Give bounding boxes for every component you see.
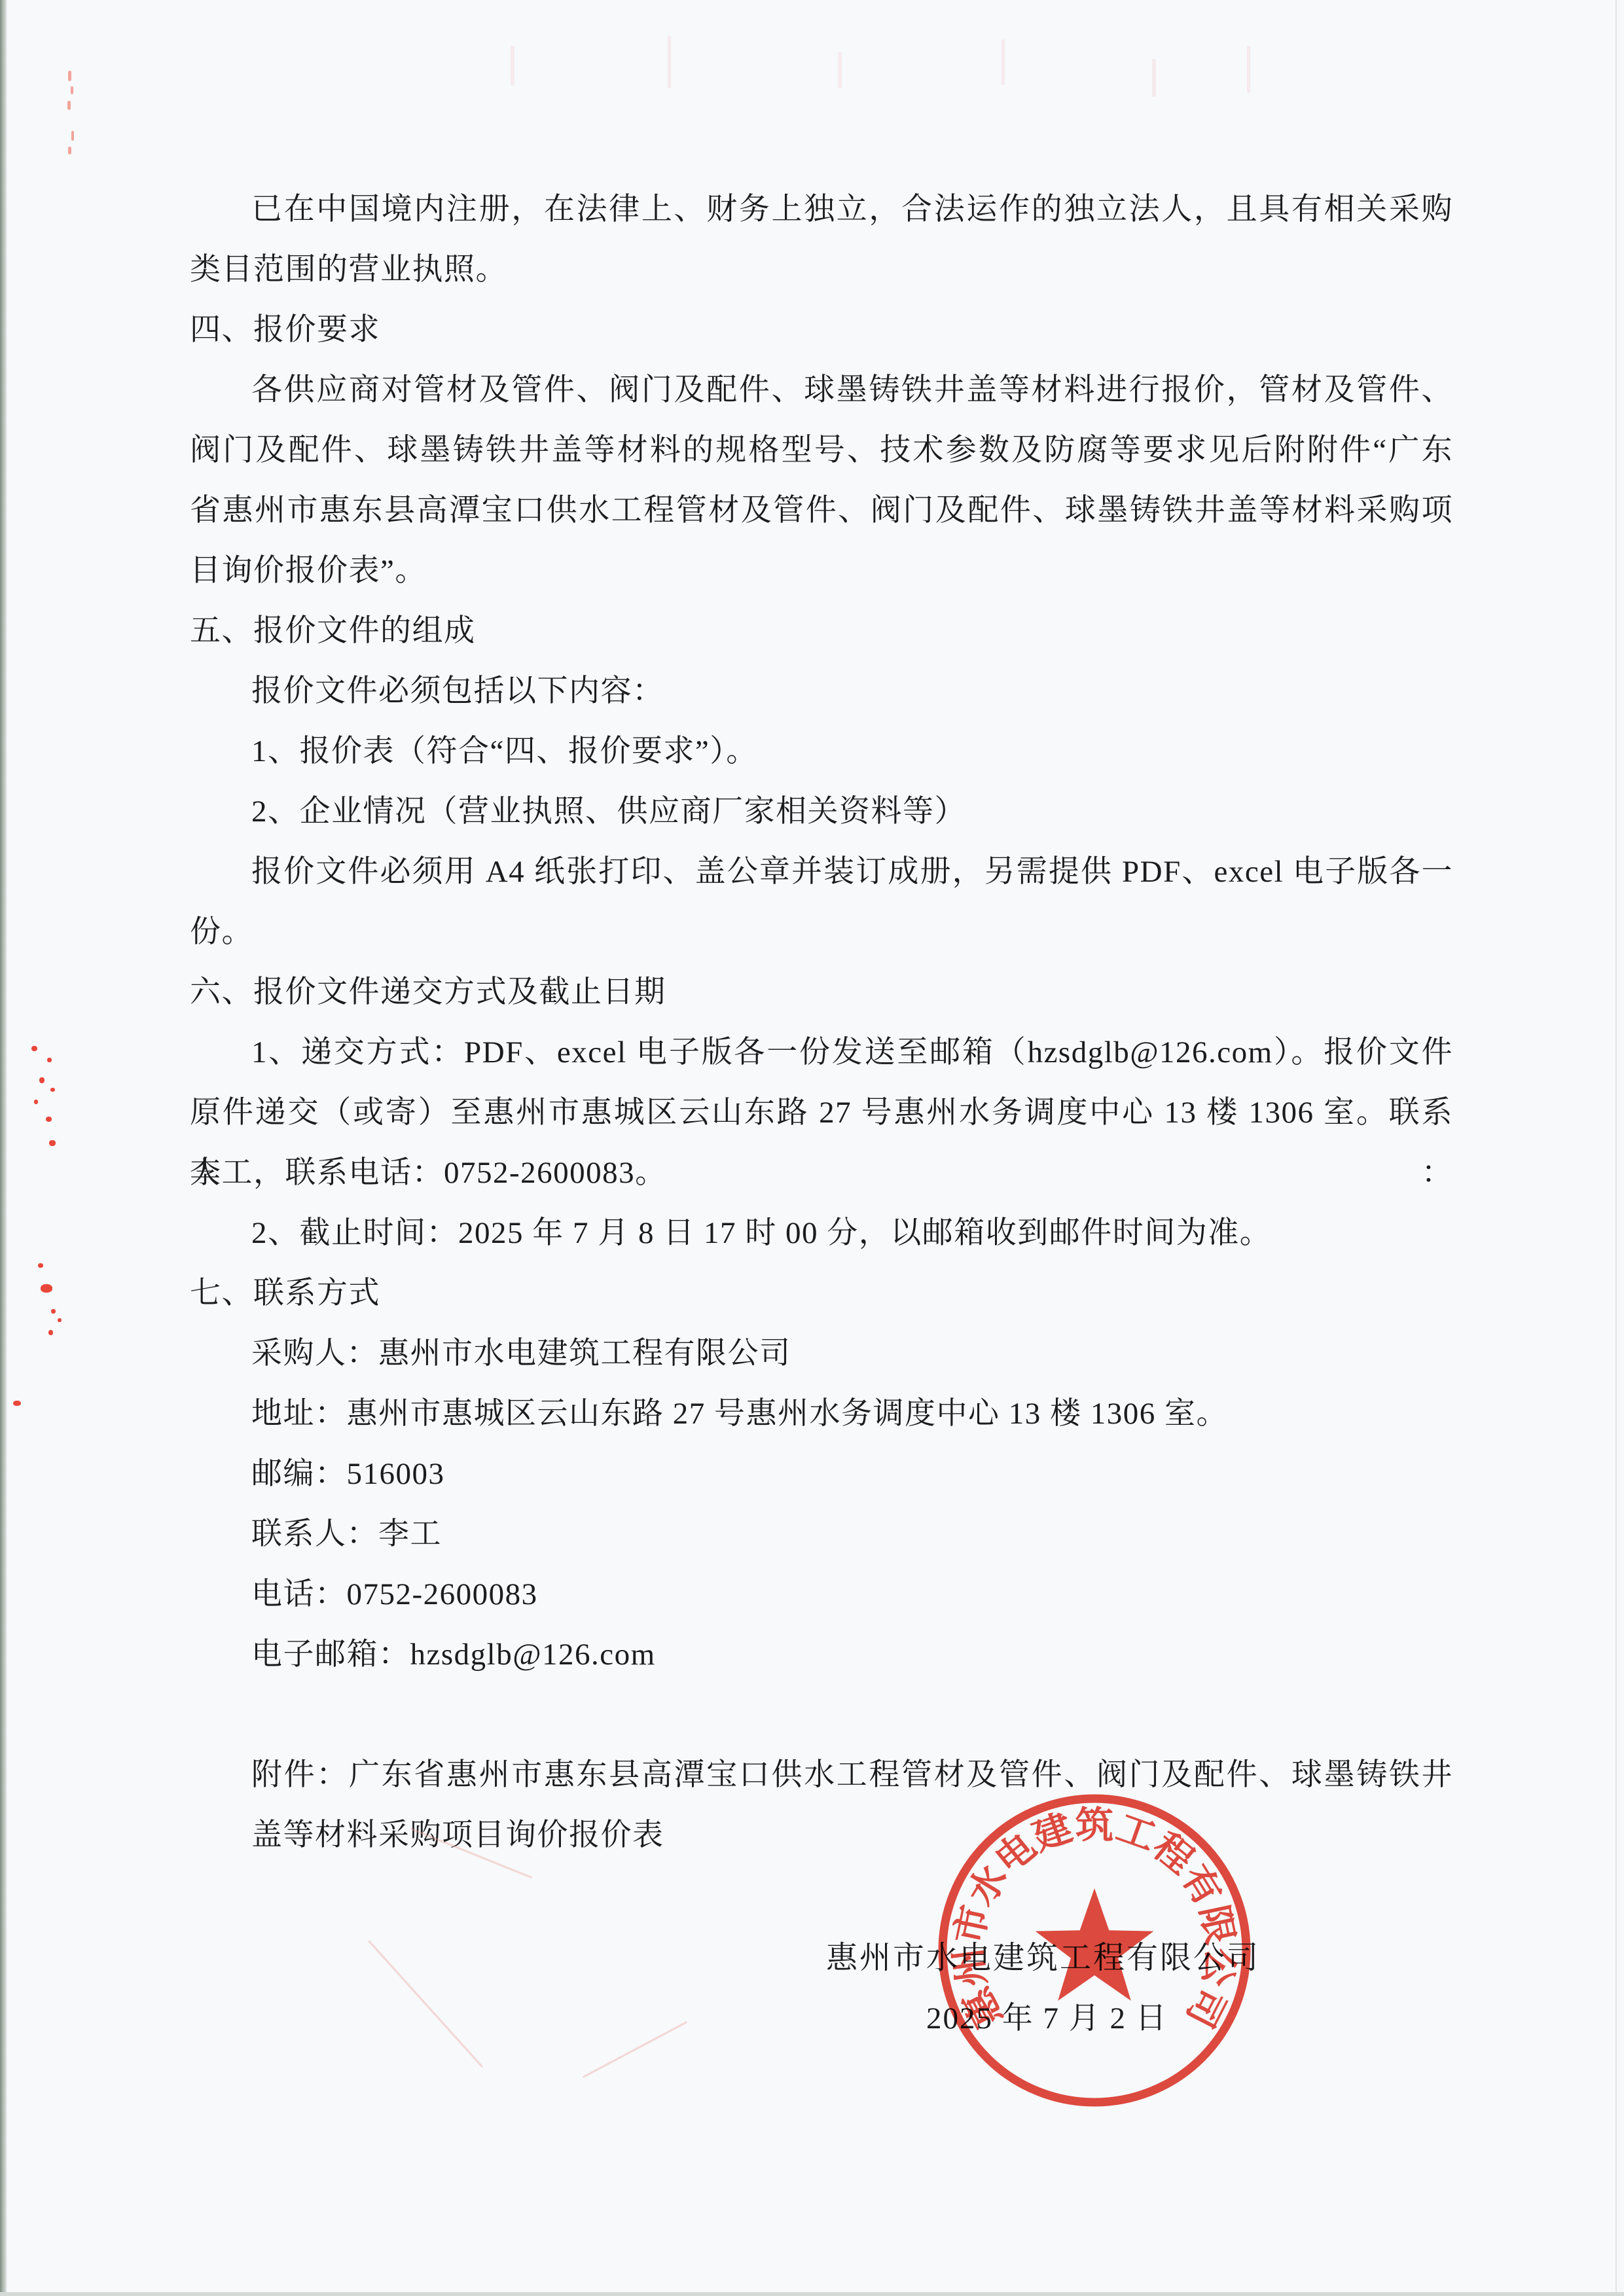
- document-line: 报价文件必须包括以下内容：: [190, 661, 1453, 721]
- document-line: 1、报价表（符合“四、报价要求”）。: [190, 721, 1453, 781]
- document-line: 目询价报价表”。: [190, 541, 1453, 601]
- document-line: 1、递交方式：PDF、excel 电子版各一份发送至邮箱（hzsdglb@126…: [190, 1022, 1453, 1083]
- document-line: 份。: [190, 902, 1453, 962]
- document-line: 联系人：李工: [190, 1504, 1453, 1564]
- document-line: 电子邮箱：hzsdglb@126.com: [190, 1624, 1453, 1685]
- document-line: 邮编：516003: [190, 1444, 1453, 1504]
- document-line: 七、联系方式: [190, 1263, 1453, 1323]
- company-seal-stamp: 惠州市水电建筑工程有限公司: [924, 1780, 1265, 2121]
- document-line: 2、企业情况（营业执照、供应商厂家相关资料等）: [190, 781, 1453, 842]
- scan-edge-bottom: [0, 2292, 1624, 2296]
- document-line: 已在中国境内注册，在法律上、财务上独立，合法运作的独立法人，且具有相关采购: [190, 179, 1453, 240]
- document-line: 阀门及配件、球墨铸铁井盖等材料的规格型号、技术参数及防腐等要求见后附附件“广东: [190, 420, 1453, 480]
- document-line: 采购人：惠州市水电建筑工程有限公司: [190, 1323, 1453, 1384]
- document-line: 地址：惠州市惠城区云山东路 27 号惠州水务调度中心 13 楼 1306 室。: [190, 1384, 1453, 1444]
- document-line: 2、截止时间：2025 年 7 月 8 日 17 时 00 分，以邮箱收到邮件时…: [190, 1203, 1453, 1263]
- document-line: 电话：0752-2600083: [190, 1564, 1453, 1624]
- document-line: 类目范围的营业执照。: [190, 240, 1453, 300]
- scan-edge-right: [1615, 0, 1617, 2296]
- document-line: 各供应商对管材及管件、阀门及配件、球墨铸铁井盖等材料进行报价，管材及管件、: [190, 360, 1453, 420]
- scan-edge-left: [0, 0, 7, 2296]
- document-line: 报价文件必须用 A4 纸张打印、盖公章并装订成册，另需提供 PDF、excel …: [190, 842, 1453, 902]
- document-line: 原件递交（或寄）至惠州市惠城区云山东路 27 号惠州水务调度中心 13 楼 13…: [190, 1083, 1453, 1143]
- document-line: 六、报价文件递交方式及截止日期: [190, 962, 1453, 1022]
- document-line: 四、报价要求: [190, 300, 1453, 360]
- document-line: 省惠州市惠东县高潭宝口供水工程管材及管件、阀门及配件、球墨铸铁井盖等材料采购项: [190, 480, 1453, 541]
- seal-star-icon: [1036, 1888, 1154, 2001]
- document-line: 五、报价文件的组成: [190, 601, 1453, 661]
- document-body: 已在中国境内注册，在法律上、财务上独立，合法运作的独立法人，且具有相关采购类目范…: [190, 179, 1453, 1865]
